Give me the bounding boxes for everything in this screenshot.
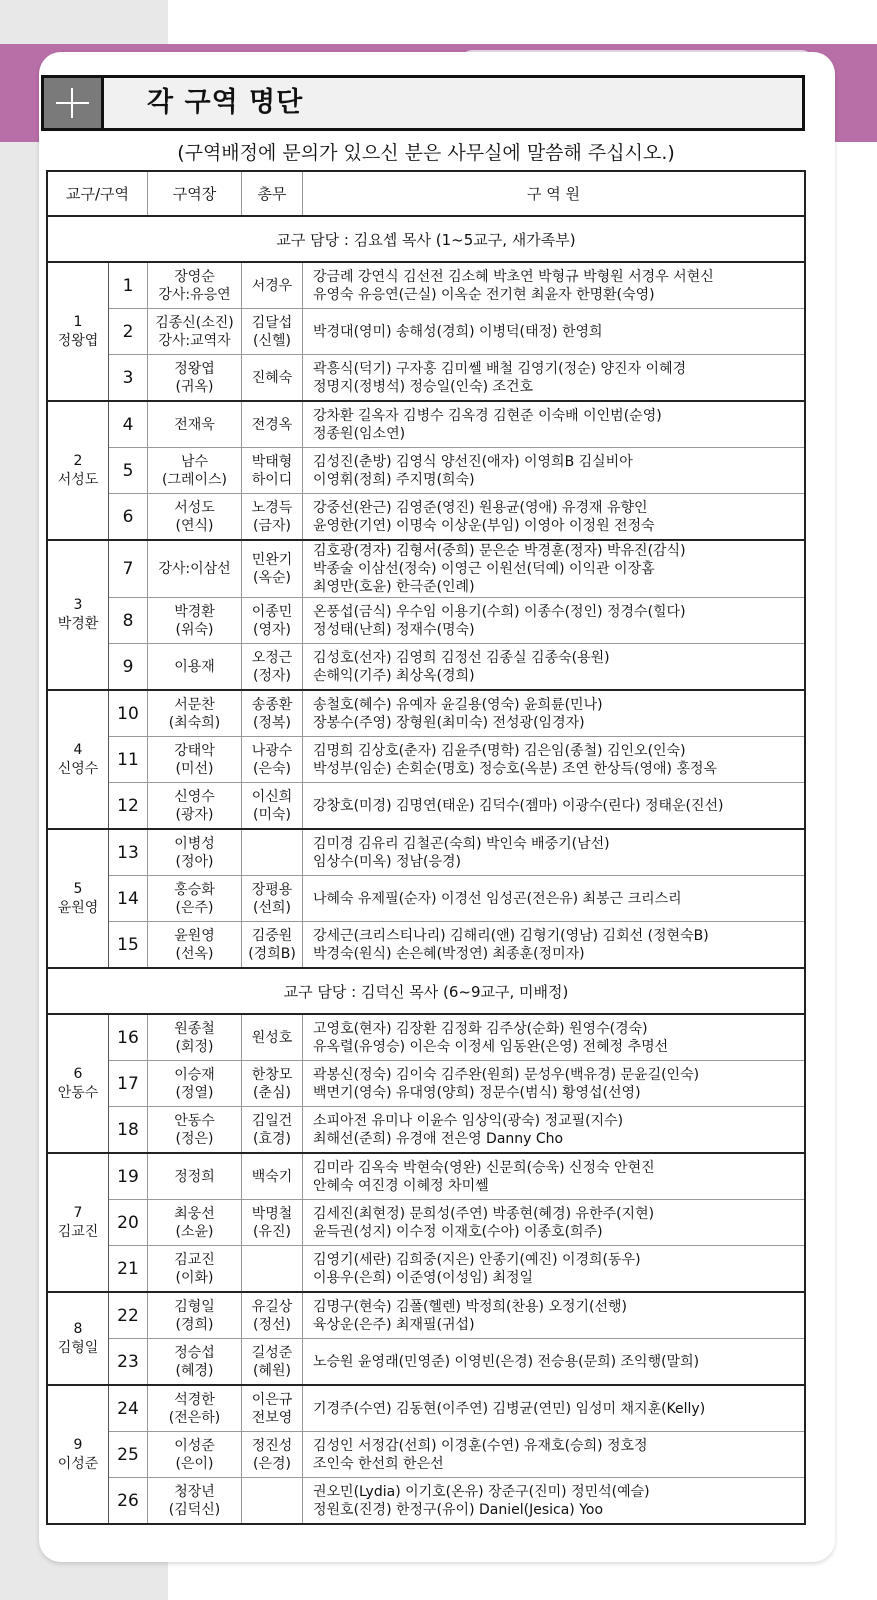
district-leader-cell: 서성도(연식) bbox=[148, 494, 242, 541]
gyogu-leader: 신영수 bbox=[52, 760, 104, 779]
district-members-cell: 권오민(Lydia) 이기호(온유) 장준구(진미) 정민석(예슬)정원호(진경… bbox=[303, 1478, 806, 1525]
cell-line: 박경환 bbox=[152, 603, 237, 621]
district-leader-cell: 김종신(소진)강사:교역자 bbox=[148, 309, 242, 355]
district-leader-cell: 전재욱 bbox=[148, 401, 242, 448]
district-number: 26 bbox=[109, 1478, 148, 1525]
cell-line: 김성호(선자) 김영희 김정선 김종실 김종숙(용원) bbox=[313, 649, 800, 667]
cell-line: 박경숙(원식) 손은혜(박정연) 최종훈(정미자) bbox=[313, 945, 800, 963]
cell-line: (그레이스) bbox=[152, 471, 237, 489]
cell-line: 장영순 bbox=[152, 268, 237, 286]
district-admin-cell: 서경우 bbox=[242, 262, 303, 309]
cell-line: 원종철 bbox=[152, 1020, 237, 1038]
district-leader-cell: 정승섭(혜경) bbox=[148, 1339, 242, 1386]
district-leader-cell: 김형일(경희) bbox=[148, 1292, 242, 1339]
cell-line: 조인숙 한선희 한은선 bbox=[313, 1455, 800, 1473]
district-admin-cell: 오정근(정자) bbox=[242, 644, 303, 691]
cell-line: 온풍섭(금식) 우수임 이용기(수희) 이종수(정인) 정경수(힐다) bbox=[313, 603, 800, 621]
cell-line: (전은하) bbox=[152, 1409, 237, 1427]
district-leader-cell: 김교진(이화) bbox=[148, 1246, 242, 1293]
cell-line: (정선) bbox=[246, 1316, 298, 1334]
district-members-cell: 강세근(크리스티나리) 김해리(앤) 김형기(영남) 김회선 (정현숙B)박경숙… bbox=[303, 922, 806, 969]
cell-line: 석경한 bbox=[152, 1391, 237, 1409]
cell-line: 김미라 김옥숙 박현숙(영완) 신문희(승욱) 신정숙 안현진 bbox=[313, 1159, 800, 1177]
district-members-cell: 곽흥식(덕기) 구자홍 김미쎌 배철 김영기(정순) 양진자 이혜경정명지(정병… bbox=[303, 355, 806, 402]
table-row: 14홍승화(은주)장평용(선희)나혜숙 유제필(순자) 이경선 임성곤(전은유)… bbox=[47, 876, 805, 922]
cell-line: 강차환 길옥자 김병수 김옥경 김현준 이숙배 이인범(순영) bbox=[313, 407, 800, 425]
cell-line: 서문찬 bbox=[152, 696, 237, 714]
pastor-row: 교구 담당 : 김요셉 목사 (1~5교구, 새가족부) bbox=[47, 216, 805, 262]
district-members-cell: 소피아전 유미나 이윤수 임상익(광숙) 정교필(지수)최해선(준희) 유경애 … bbox=[303, 1107, 806, 1154]
district-members-cell: 송철호(혜수) 유예자 윤길용(영숙) 윤희륜(민나)장봉수(주영) 장형원(최… bbox=[303, 690, 806, 737]
district-admin-cell: 진혜숙 bbox=[242, 355, 303, 402]
district-admin-cell: 김일건(효경) bbox=[242, 1107, 303, 1154]
district-members-cell: 강금례 강연식 김선전 김소혜 박초연 박형규 박형원 서경우 서현신유영숙 유… bbox=[303, 262, 806, 309]
cell-line: 김미경 김유리 김철곤(숙희) 박인숙 배중기(남선) bbox=[313, 835, 800, 853]
district-number: 24 bbox=[109, 1385, 148, 1432]
cell-line: (옥순) bbox=[246, 569, 298, 587]
table-row: 21김교진(이화)김영기(세란) 김희중(지은) 안종기(예진) 이경희(동우)… bbox=[47, 1246, 805, 1293]
gyogu-number: 3 bbox=[52, 596, 104, 615]
district-leader-cell: 홍승화(은주) bbox=[148, 876, 242, 922]
cell-line: (유진) bbox=[246, 1223, 298, 1241]
district-number: 5 bbox=[109, 448, 148, 494]
cell-line: 장봉수(주영) 장형원(최미숙) 전성광(임경자) bbox=[313, 714, 800, 732]
district-number: 4 bbox=[109, 401, 148, 448]
cell-line: 강사:교역자 bbox=[152, 332, 237, 350]
cell-line: (정은) bbox=[152, 1130, 237, 1148]
cell-line: 전재욱 bbox=[152, 416, 237, 434]
cell-line: 송종환 bbox=[246, 696, 298, 714]
cell-line: (연식) bbox=[152, 517, 237, 535]
table-row: 8김형일22김형일(경희)유길상(정선)김명구(현숙) 김폴(헬렌) 박정희(찬… bbox=[47, 1292, 805, 1339]
table-row: 12신영수(광자)이신희(미숙)강창호(미경) 김명연(태운) 김덕수(젬마) … bbox=[47, 783, 805, 830]
gyogu-leader: 이성준 bbox=[52, 1455, 104, 1474]
cell-line: (경희) bbox=[152, 1316, 237, 1334]
cell-line: 정원호(진경) 한정구(유이) Daniel(Jesica) Yoo bbox=[313, 1501, 800, 1519]
cell-line: (정열) bbox=[152, 1084, 237, 1102]
cell-line: (경희B) bbox=[246, 945, 298, 963]
cell-line: 윤원영 bbox=[152, 927, 237, 945]
district-admin-cell bbox=[242, 829, 303, 876]
cell-line: 길성준 bbox=[246, 1344, 298, 1362]
cell-line: 서성도 bbox=[152, 499, 237, 517]
district-members-cell: 박경대(영미) 송해성(경희) 이병덕(태정) 한영희 bbox=[303, 309, 806, 355]
table-row: 15윤원영(선옥)김중원(경희B)강세근(크리스티나리) 김해리(앤) 김형기(… bbox=[47, 922, 805, 969]
district-members-cell: 김영기(세란) 김희중(지은) 안종기(예진) 이경희(동우)이용우(은희) 이… bbox=[303, 1246, 806, 1293]
cell-line: 진혜숙 bbox=[246, 369, 298, 387]
cell-line: 윤영한(기연) 이명숙 이상운(부임) 이영아 이정원 전정숙 bbox=[313, 517, 800, 535]
cell-line: 송철호(혜수) 유예자 윤길용(영숙) 윤희륜(민나) bbox=[313, 696, 800, 714]
district-leader-cell: 서문찬(최숙희) bbox=[148, 690, 242, 737]
district-number: 25 bbox=[109, 1432, 148, 1478]
district-leader-cell: 원종철(회정) bbox=[148, 1014, 242, 1061]
cell-line: (영자) bbox=[246, 621, 298, 639]
roster-body: 교구 담당 : 김요셉 목사 (1~5교구, 새가족부)1정왕엽1장영순강사:유… bbox=[47, 216, 805, 1524]
gyogu-cell: 5윤원영 bbox=[47, 829, 109, 968]
cell-line: 최영만(호윤) 한극준(인례) bbox=[313, 578, 800, 596]
district-leader-cell: 박경환(위숙) bbox=[148, 598, 242, 644]
cell-line: (은숙) bbox=[246, 760, 298, 778]
gyogu-leader: 서성도 bbox=[52, 471, 104, 490]
table-row: 17이승재(정열)한창모(춘심)곽봉신(정숙) 김이숙 김주완(원희) 문성우(… bbox=[47, 1061, 805, 1107]
cell-line: 서경우 bbox=[246, 277, 298, 295]
cell-line: 김교진 bbox=[152, 1251, 237, 1269]
gyogu-leader: 윤원영 bbox=[52, 899, 104, 918]
table-row: 26청장년(김덕신)권오민(Lydia) 이기호(온유) 장준구(진미) 정민석… bbox=[47, 1478, 805, 1525]
district-members-cell: 김명구(현숙) 김폴(헬렌) 박정희(찬용) 오정기(선행)육상운(은주) 최재… bbox=[303, 1292, 806, 1339]
district-admin-cell: 나광수(은숙) bbox=[242, 737, 303, 783]
cell-line: 이영휘(정희) 주지명(희숙) bbox=[313, 471, 800, 489]
gyogu-cell: 8김형일 bbox=[47, 1292, 109, 1385]
page-title: 각 구역 명단 bbox=[104, 78, 303, 128]
cell-line: (이화) bbox=[152, 1269, 237, 1287]
district-members-cell: 김미경 김유리 김철곤(숙희) 박인숙 배중기(남선)임상수(미옥) 정남(응경… bbox=[303, 829, 806, 876]
cell-line: (귀옥) bbox=[152, 378, 237, 396]
table-row: 9이성준24석경한(전은하)이은규전보영기경주(수연) 김동현(이주연) 김병균… bbox=[47, 1385, 805, 1432]
cell-line: 박종술 이삼선(정숙) 이영근 이원선(덕예) 이익관 이장홈 bbox=[313, 560, 800, 578]
district-leader-cell: 이병성(정아) bbox=[148, 829, 242, 876]
cell-line: 남수 bbox=[152, 453, 237, 471]
gyogu-cell: 3박경환 bbox=[47, 540, 109, 690]
cell-line: 강세근(크리스티나리) 김해리(앤) 김형기(영남) 김회선 (정현숙B) bbox=[313, 927, 800, 945]
cell-line: 강금례 강연식 김선전 김소혜 박초연 박형규 박형원 서경우 서현신 bbox=[313, 268, 800, 286]
cell-line: 유영숙 유응연(근실) 이옥순 전기현 최윤자 한명환(숙영) bbox=[313, 286, 800, 304]
gyogu-number: 9 bbox=[52, 1436, 104, 1455]
cell-line: 홍승화 bbox=[152, 881, 237, 899]
district-leader-cell: 신영수(광자) bbox=[148, 783, 242, 830]
gyogu-cell: 9이성준 bbox=[47, 1385, 109, 1524]
gyogu-number: 1 bbox=[52, 313, 104, 332]
cell-line: 정정희 bbox=[152, 1168, 237, 1186]
table-row: 9이용재오정근(정자)김성호(선자) 김영희 김정선 김종실 김종숙(용원)손해… bbox=[47, 644, 805, 691]
gyogu-number: 8 bbox=[52, 1320, 104, 1339]
cell-line: (회정) bbox=[152, 1038, 237, 1056]
district-members-cell: 김성인 서정감(선희) 이경훈(수연) 유재호(승희) 정호정조인숙 한선희 한… bbox=[303, 1432, 806, 1478]
cell-line: 권오민(Lydia) 이기호(온유) 장준구(진미) 정민석(예슬) bbox=[313, 1483, 800, 1501]
table-row: 6서성도(연식)노경득(금자)강중선(완근) 김영준(영진) 원용균(영애) 유… bbox=[47, 494, 805, 541]
table-row: 18안동수(정은)김일건(효경)소피아전 유미나 이윤수 임상익(광숙) 정교필… bbox=[47, 1107, 805, 1154]
cell-line: (미숙) bbox=[246, 806, 298, 824]
district-leader-cell: 안동수(정은) bbox=[148, 1107, 242, 1154]
district-members-cell: 노승원 윤영래(민영준) 이영빈(은경) 전승용(문희) 조익행(말희) bbox=[303, 1339, 806, 1386]
cell-line: 정명지(정병석) 정승일(인숙) 조건호 bbox=[313, 378, 800, 396]
cell-line: 최해선(준희) 유경애 전은영 Danny Cho bbox=[313, 1130, 800, 1148]
district-leader-cell: 정왕엽(귀옥) bbox=[148, 355, 242, 402]
cell-line: 박성부(임순) 손회순(명호) 정승호(옥분) 조연 한상득(영애) 홍정옥 bbox=[313, 760, 800, 778]
table-row: 4신영수10서문찬(최숙희)송종환(정복)송철호(혜수) 유예자 윤길용(영숙)… bbox=[47, 690, 805, 737]
table-row: 7김교진19정정희백숙기김미라 김옥숙 박현숙(영완) 신문희(승욱) 신정숙 … bbox=[47, 1153, 805, 1200]
district-members-cell: 김미라 김옥숙 박현숙(영완) 신문희(승욱) 신정숙 안현진안혜숙 여진경 이… bbox=[303, 1153, 806, 1200]
cell-line: 김영기(세란) 김희중(지은) 안종기(예진) 이경희(동우) bbox=[313, 1251, 800, 1269]
district-number: 3 bbox=[109, 355, 148, 402]
cell-line: (미선) bbox=[152, 760, 237, 778]
district-admin-cell: 이종민(영자) bbox=[242, 598, 303, 644]
district-number: 7 bbox=[109, 540, 148, 598]
cell-line: 최웅선 bbox=[152, 1205, 237, 1223]
district-leader-cell: 석경한(전은하) bbox=[148, 1385, 242, 1432]
district-number: 13 bbox=[109, 829, 148, 876]
district-admin-cell: 전경옥 bbox=[242, 401, 303, 448]
cell-line: 김일건 bbox=[246, 1112, 298, 1130]
cell-line: 안혜숙 여진경 이혜정 차미쎌 bbox=[313, 1177, 800, 1195]
cell-line: 박태형 bbox=[246, 453, 298, 471]
cell-line: (혜경) bbox=[152, 1362, 237, 1380]
district-number: 10 bbox=[109, 690, 148, 737]
district-number: 23 bbox=[109, 1339, 148, 1386]
district-members-cell: 김세진(최현정) 문희성(주연) 박종현(혜경) 유한주(지현)윤득권(성지) … bbox=[303, 1200, 806, 1246]
table-row: 1정왕엽1장영순강사:유응연서경우강금례 강연식 김선전 김소혜 박초연 박형규… bbox=[47, 262, 805, 309]
district-members-cell: 김명희 김상호(춘자) 김윤주(명학) 김은임(종철) 김인오(인숙)박성부(임… bbox=[303, 737, 806, 783]
cell-line: 이승재 bbox=[152, 1066, 237, 1084]
district-leader-cell: 정정희 bbox=[148, 1153, 242, 1200]
district-members-cell: 김호광(경자) 김형서(중희) 문은순 박경훈(정자) 박유진(감식)박종술 이… bbox=[303, 540, 806, 598]
district-admin-cell: 김달섭(신헬) bbox=[242, 309, 303, 355]
district-admin-cell: 이신희(미숙) bbox=[242, 783, 303, 830]
cell-line: 박명철 bbox=[246, 1205, 298, 1223]
district-members-cell: 김성진(춘방) 김영식 양선진(애자) 이영희B 김실비아이영휘(정희) 주지명… bbox=[303, 448, 806, 494]
cell-line: 김중원 bbox=[246, 927, 298, 945]
cell-line: 이병성 bbox=[152, 835, 237, 853]
district-admin-cell: 민완기(옥순) bbox=[242, 540, 303, 598]
cell-line: 강중선(완근) 김영준(영진) 원용균(영애) 유경재 유향인 bbox=[313, 499, 800, 517]
cell-line: 이신희 bbox=[246, 788, 298, 806]
district-leader-cell: 청장년(김덕신) bbox=[148, 1478, 242, 1525]
district-admin-cell: 박명철(유진) bbox=[242, 1200, 303, 1246]
table-header-row: 교구/구역 구역장 총무 구 역 원 bbox=[47, 171, 805, 216]
district-leader-cell: 강태악(미선) bbox=[148, 737, 242, 783]
gyogu-cell: 4신영수 bbox=[47, 690, 109, 829]
district-admin-cell: 장평용(선희) bbox=[242, 876, 303, 922]
table-row: 3박경환7강사:이삼선민완기(옥순)김호광(경자) 김형서(중희) 문은순 박경… bbox=[47, 540, 805, 598]
district-number: 8 bbox=[109, 598, 148, 644]
cell-line: 백면기(영숙) 유대영(양희) 정문수(범식) 황영섭(선영) bbox=[313, 1084, 800, 1102]
district-leader-cell: 최웅선(소윤) bbox=[148, 1200, 242, 1246]
cell-line: 강태악 bbox=[152, 742, 237, 760]
district-leader-cell: 윤원영(선옥) bbox=[148, 922, 242, 969]
gyogu-leader: 안동수 bbox=[52, 1084, 104, 1103]
cell-line: 이종민 bbox=[246, 603, 298, 621]
cell-line: 민완기 bbox=[246, 551, 298, 569]
cell-line: (위숙) bbox=[152, 621, 237, 639]
gyogu-number: 7 bbox=[52, 1204, 104, 1223]
district-admin-cell: 원성호 bbox=[242, 1014, 303, 1061]
cell-line: (은주) bbox=[152, 899, 237, 917]
cell-line: 유옥렬(유영승) 이은숙 이정세 임동완(은영) 전혜정 추명선 bbox=[313, 1038, 800, 1056]
district-number: 22 bbox=[109, 1292, 148, 1339]
cell-line: (광자) bbox=[152, 806, 237, 824]
cell-line: (김덕신) bbox=[152, 1501, 237, 1519]
gyogu-cell: 6안동수 bbox=[47, 1014, 109, 1153]
district-leader-cell: 강사:이삼선 bbox=[148, 540, 242, 598]
cell-line: (효경) bbox=[246, 1130, 298, 1148]
cell-line: 이용재 bbox=[152, 658, 237, 676]
gyogu-number: 5 bbox=[52, 880, 104, 899]
district-admin-cell: 이은규전보영 bbox=[242, 1385, 303, 1432]
title-bar: 각 구역 명단 bbox=[41, 75, 805, 131]
cell-line: 나혜숙 유제필(순자) 이경선 임성곤(전은유) 최봉근 크리스리 bbox=[313, 890, 800, 908]
cell-line: 곽흥식(덕기) 구자홍 김미쎌 배철 김영기(정순) 양진자 이혜경 bbox=[313, 360, 800, 378]
district-admin-cell: 박태형하이디 bbox=[242, 448, 303, 494]
plus-icon bbox=[44, 78, 104, 128]
table-row: 25이성준(은이)정진성(은경)김성인 서정감(선희) 이경훈(수연) 유재호(… bbox=[47, 1432, 805, 1478]
gyogu-leader: 박경환 bbox=[52, 615, 104, 634]
cell-line: 나광수 bbox=[246, 742, 298, 760]
pastor-row: 교구 담당 : 김덕신 목사 (6~9교구, 미배정) bbox=[47, 968, 805, 1014]
cell-line: 김달섭 bbox=[246, 314, 298, 332]
gyogu-cell: 2서성도 bbox=[47, 401, 109, 540]
cell-line: 손해익(기주) 최상옥(경희) bbox=[313, 667, 800, 685]
cell-line: (은이) bbox=[152, 1455, 237, 1473]
district-leader-cell: 이용재 bbox=[148, 644, 242, 691]
district-members-cell: 곽봉신(정숙) 김이숙 김주완(원희) 문성우(백유경) 문윤길(인숙)백면기(… bbox=[303, 1061, 806, 1107]
cell-line: 정승섭 bbox=[152, 1344, 237, 1362]
cell-line: 장평용 bbox=[246, 881, 298, 899]
header-gyogu: 교구/구역 bbox=[47, 171, 148, 216]
district-leader-cell: 이성준(은이) bbox=[148, 1432, 242, 1478]
table-row: 2김종신(소진)강사:교역자김달섭(신헬)박경대(영미) 송해성(경희) 이병덕… bbox=[47, 309, 805, 355]
cell-line: 오정근 bbox=[246, 649, 298, 667]
cell-line: (정아) bbox=[152, 853, 237, 871]
table-row: 8박경환(위숙)이종민(영자)온풍섭(금식) 우수임 이용기(수희) 이종수(정… bbox=[47, 598, 805, 644]
district-leader-cell: 이승재(정열) bbox=[148, 1061, 242, 1107]
district-members-cell: 김성호(선자) 김영희 김정선 김종실 김종숙(용원)손해익(기주) 최상옥(경… bbox=[303, 644, 806, 691]
district-leader-cell: 남수(그레이스) bbox=[148, 448, 242, 494]
district-admin-cell: 노경득(금자) bbox=[242, 494, 303, 541]
district-members-cell: 강중선(완근) 김영준(영진) 원용균(영애) 유경재 유향인윤영한(기연) 이… bbox=[303, 494, 806, 541]
district-admin-cell bbox=[242, 1478, 303, 1525]
cell-line: (춘심) bbox=[246, 1084, 298, 1102]
district-number: 21 bbox=[109, 1246, 148, 1293]
cell-line: 정진성 bbox=[246, 1437, 298, 1455]
district-number: 12 bbox=[109, 783, 148, 830]
cell-line: 강사:이삼선 bbox=[152, 560, 237, 578]
table-row: 20최웅선(소윤)박명철(유진)김세진(최현정) 문희성(주연) 박종현(혜경)… bbox=[47, 1200, 805, 1246]
gyogu-leader: 김교진 bbox=[52, 1223, 104, 1242]
district-admin-cell: 김중원(경희B) bbox=[242, 922, 303, 969]
gyogu-number: 2 bbox=[52, 452, 104, 471]
cell-line: 안동수 bbox=[152, 1112, 237, 1130]
cell-line: 김종신(소진) bbox=[152, 314, 237, 332]
cell-line: 노경득 bbox=[246, 499, 298, 517]
cell-line: (선희) bbox=[246, 899, 298, 917]
gyogu-leader: 김형일 bbox=[52, 1339, 104, 1358]
table-row: 3정왕엽(귀옥)진혜숙곽흥식(덕기) 구자홍 김미쎌 배철 김영기(정순) 양진… bbox=[47, 355, 805, 402]
cell-line: 하이디 bbox=[246, 471, 298, 489]
cell-line: (신헬) bbox=[246, 332, 298, 350]
district-number: 20 bbox=[109, 1200, 148, 1246]
cell-line: (소윤) bbox=[152, 1223, 237, 1241]
header-leader: 구역장 bbox=[148, 171, 242, 216]
cell-line: 김명구(현숙) 김폴(헬렌) 박정희(찬용) 오정기(선행) bbox=[313, 1298, 800, 1316]
district-leader-cell: 장영순강사:유응연 bbox=[148, 262, 242, 309]
cell-line: 정왕엽 bbox=[152, 360, 237, 378]
cell-line: (정복) bbox=[246, 714, 298, 732]
district-admin-cell: 송종환(정복) bbox=[242, 690, 303, 737]
cell-line: (금자) bbox=[246, 517, 298, 535]
header-admin: 총무 bbox=[242, 171, 303, 216]
district-number: 19 bbox=[109, 1153, 148, 1200]
cell-line: 전보영 bbox=[246, 1409, 298, 1427]
cell-line: 김성진(춘방) 김영식 양선진(애자) 이영희B 김실비아 bbox=[313, 453, 800, 471]
cell-line: 강창호(미경) 김명연(태운) 김덕수(젬마) 이광수(린다) 정태운(진선) bbox=[313, 797, 800, 815]
cell-line: 이성준 bbox=[152, 1437, 237, 1455]
district-admin-cell: 한창모(춘심) bbox=[242, 1061, 303, 1107]
gyogu-leader: 정왕엽 bbox=[52, 332, 104, 351]
district-number: 9 bbox=[109, 644, 148, 691]
district-admin-cell bbox=[242, 1246, 303, 1293]
cell-line: (최숙희) bbox=[152, 714, 237, 732]
cell-line: 곽봉신(정숙) 김이숙 김주완(원희) 문성우(백유경) 문윤길(인숙) bbox=[313, 1066, 800, 1084]
cell-line: 정종원(임소연) bbox=[313, 425, 800, 443]
gyogu-cell: 1정왕엽 bbox=[47, 262, 109, 401]
cell-line: 고영호(현자) 김장환 김정화 김주상(순화) 원영수(경숙) bbox=[313, 1020, 800, 1038]
table-row: 5윤원영13이병성(정아)김미경 김유리 김철곤(숙희) 박인숙 배중기(남선)… bbox=[47, 829, 805, 876]
pastor-label: 교구 담당 : 김덕신 목사 (6~9교구, 미배정) bbox=[47, 968, 805, 1014]
district-number: 17 bbox=[109, 1061, 148, 1107]
cell-line: 이은규 bbox=[246, 1391, 298, 1409]
district-number: 11 bbox=[109, 737, 148, 783]
cell-line: (정자) bbox=[246, 667, 298, 685]
cell-line: 임상수(미옥) 정남(응경) bbox=[313, 853, 800, 871]
cell-line: 강사:유응연 bbox=[152, 286, 237, 304]
district-members-cell: 기경주(수연) 김동현(이주연) 김병균(연민) 임성미 채지훈(Kelly) bbox=[303, 1385, 806, 1432]
district-number: 18 bbox=[109, 1107, 148, 1154]
district-number: 1 bbox=[109, 262, 148, 309]
cell-line: 유길상 bbox=[246, 1298, 298, 1316]
cell-line: 육상운(은주) 최재필(귀섭) bbox=[313, 1316, 800, 1334]
district-members-cell: 강창호(미경) 김명연(태운) 김덕수(젬마) 이광수(린다) 정태운(진선) bbox=[303, 783, 806, 830]
cell-line: (은경) bbox=[246, 1455, 298, 1473]
cell-line: 소피아전 유미나 이윤수 임상익(광숙) 정교필(지수) bbox=[313, 1112, 800, 1130]
gyogu-number: 6 bbox=[52, 1065, 104, 1084]
cell-line: 원성호 bbox=[246, 1029, 298, 1047]
gyogu-cell: 7김교진 bbox=[47, 1153, 109, 1292]
cell-line: 노승원 윤영래(민영준) 이영빈(은경) 전승용(문희) 조익행(말희) bbox=[313, 1353, 800, 1371]
table-row: 23정승섭(혜경)길성준(혜원)노승원 윤영래(민영준) 이영빈(은경) 전승용… bbox=[47, 1339, 805, 1386]
district-admin-cell: 정진성(은경) bbox=[242, 1432, 303, 1478]
cell-line: 김호광(경자) 김형서(중희) 문은순 박경훈(정자) 박유진(감식) bbox=[313, 542, 800, 560]
cell-line: 청장년 bbox=[152, 1483, 237, 1501]
cell-line: 전경옥 bbox=[246, 416, 298, 434]
cell-line: 이용우(은희) 이준영(이성임) 최정일 bbox=[313, 1269, 800, 1287]
district-members-cell: 강차환 길옥자 김병수 김옥경 김현준 이숙배 이인범(순영)정종원(임소연) bbox=[303, 401, 806, 448]
header-members: 구 역 원 bbox=[303, 171, 806, 216]
district-admin-cell: 길성준(혜원) bbox=[242, 1339, 303, 1386]
cell-line: 김명희 김상호(춘자) 김윤주(명학) 김은임(종철) 김인오(인숙) bbox=[313, 742, 800, 760]
page-subtitle: (구역배정에 문의가 있으신 분은 사무실에 말씀해 주십시오.) bbox=[46, 138, 806, 165]
district-members-cell: 온풍섭(금식) 우수임 이용기(수희) 이종수(정인) 정경수(힐다)정성태(난… bbox=[303, 598, 806, 644]
district-admin-cell: 유길상(정선) bbox=[242, 1292, 303, 1339]
cell-line: 박경대(영미) 송해성(경희) 이병덕(태정) 한영희 bbox=[313, 323, 800, 341]
table-row: 6안동수16원종철(회정)원성호고영호(현자) 김장환 김정화 김주상(순화) … bbox=[47, 1014, 805, 1061]
cell-line: 김형일 bbox=[152, 1298, 237, 1316]
cell-line: 정성태(난희) 정재수(명숙) bbox=[313, 621, 800, 639]
gyogu-number: 4 bbox=[52, 741, 104, 760]
district-number: 2 bbox=[109, 309, 148, 355]
district-members-cell: 고영호(현자) 김장환 김정화 김주상(순화) 원영수(경숙)유옥렬(유영승) … bbox=[303, 1014, 806, 1061]
cell-line: (혜원) bbox=[246, 1362, 298, 1380]
cell-line: 윤득권(성지) 이수정 이재호(수아) 이종호(희주) bbox=[313, 1223, 800, 1241]
district-number: 16 bbox=[109, 1014, 148, 1061]
cell-line: 김성인 서정감(선희) 이경훈(수연) 유재호(승희) 정호정 bbox=[313, 1437, 800, 1455]
district-number: 15 bbox=[109, 922, 148, 969]
cell-line: 김세진(최현정) 문희성(주연) 박종현(혜경) 유한주(지현) bbox=[313, 1205, 800, 1223]
cell-line: 기경주(수연) 김동현(이주연) 김병균(연민) 임성미 채지훈(Kelly) bbox=[313, 1400, 800, 1418]
table-row: 5남수(그레이스)박태형하이디김성진(춘방) 김영식 양선진(애자) 이영희B … bbox=[47, 448, 805, 494]
pastor-label: 교구 담당 : 김요셉 목사 (1~5교구, 새가족부) bbox=[47, 216, 805, 262]
district-number: 6 bbox=[109, 494, 148, 541]
table-row: 11강태악(미선)나광수(은숙)김명희 김상호(춘자) 김윤주(명학) 김은임(… bbox=[47, 737, 805, 783]
